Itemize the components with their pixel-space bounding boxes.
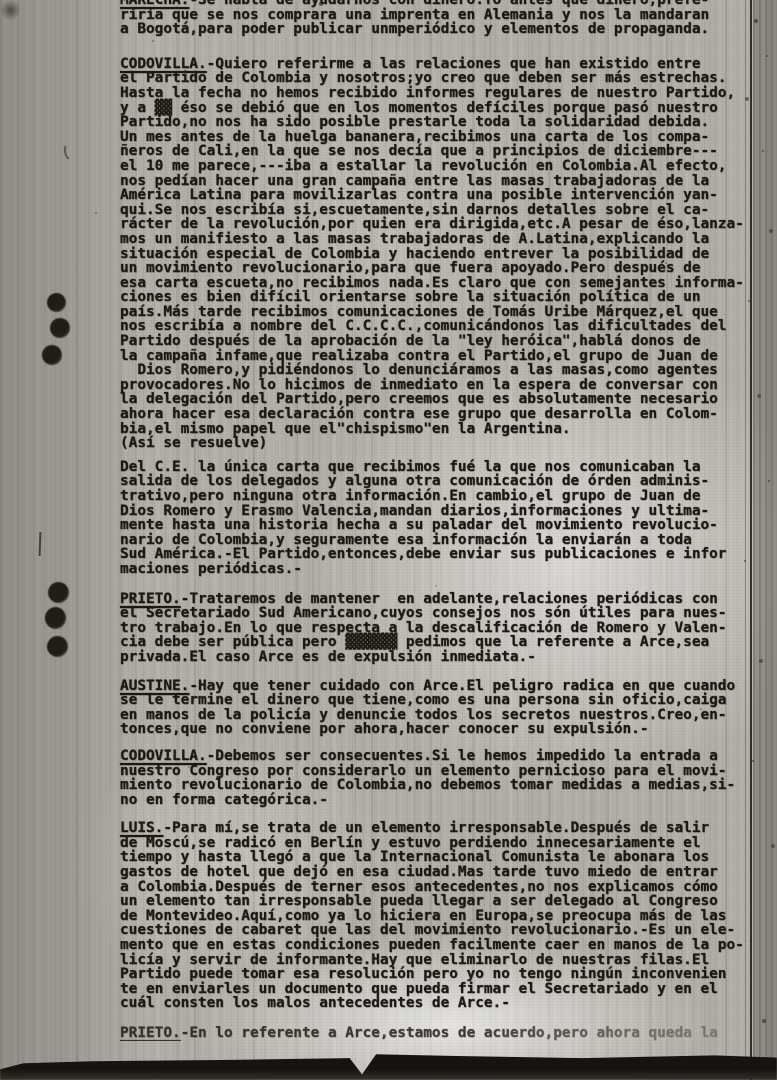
paragraph-text: -Hay que tener cuidado con Arce.El pelig… [120, 678, 735, 738]
paragraph: PRIETO.-En lo referente a Arce,estamos d… [120, 1026, 770, 1041]
punch-hole [48, 582, 69, 603]
paragraph: PRIETO.-Trataremos de mantener en adelan… [120, 592, 770, 665]
pen-tick-mark [39, 532, 42, 556]
scanner-edge-band [753, 0, 777, 1080]
punch-hole [45, 607, 66, 629]
paragraph: CODOVILLA.-Quiero referirme a las relaci… [120, 57, 770, 451]
punch-hole [47, 293, 66, 312]
ink-specks [0, 0, 2, 2]
paragraph-text: -Quiero referirme a las relaciones que h… [120, 56, 744, 451]
punch-hole [47, 636, 68, 657]
paragraph-text: -En lo referente a Arce,estamos de acuer… [181, 1025, 718, 1041]
page-edge-line [750, 0, 752, 1080]
punch-hole [42, 345, 62, 365]
paragraph: LUIS.-Para mí,se trata de un elemento ir… [120, 821, 770, 1011]
paragraph-text: -Para mí,se trata de un elemento irrespo… [120, 820, 744, 1011]
bottom-page-edge [0, 1052, 777, 1080]
corner-smudge [0, 0, 42, 34]
page-edge-line-faint [745, 0, 746, 1080]
pen-curve-mark [62, 141, 79, 163]
paragraph-text: Del C.E. la única carta que recibimos fu… [120, 459, 726, 577]
document-text: MARECHA.-Se habla de ayudarnos con diner… [120, 0, 770, 1041]
paragraph-text: -Trataremos de mantener en adelante,rela… [120, 591, 726, 665]
speaker-label: LUIS. [120, 820, 163, 836]
speaker-label: PRIETO. [120, 1025, 181, 1041]
punch-hole [50, 318, 70, 338]
scanned-document-page: MARECHA.-Se habla de ayudarnos con diner… [0, 0, 777, 1080]
paragraph: AUSTINE.-Hay que tener cuidado con Arce.… [120, 679, 770, 737]
speaker-label: CODOVILLA. [120, 748, 207, 764]
paragraph: Del C.E. la única carta que recibimos fu… [120, 460, 770, 577]
paragraph: MARECHA.-Se habla de ayudarnos con diner… [120, 0, 770, 37]
paragraph: CODOVILLA.-Debemos ser consecuentes.Si l… [120, 749, 770, 807]
paragraph-text: -Se habla de ayudarnos con dinero.Yo ant… [120, 0, 709, 37]
paragraph-text: -Debemos ser consecuentes.Si le hemos im… [120, 748, 735, 808]
